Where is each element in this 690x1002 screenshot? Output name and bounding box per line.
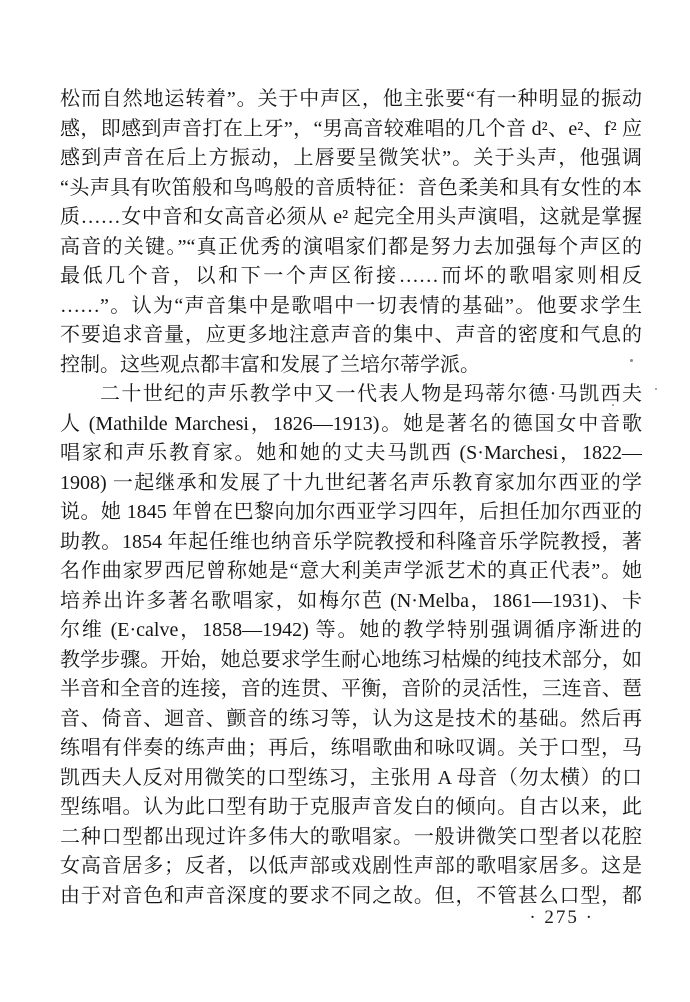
text-line: 松而自然地运转着”。关于中声区，他主张要“有一种明显的振动 xyxy=(60,85,642,115)
text-line: ……”。认为“声音集中是歌唱中一切表情的基础”。他要求学生 xyxy=(60,292,642,322)
text-line: 唱家和声乐教育家。她和她的丈夫马凯西 (S·Marchesi，1822— xyxy=(60,439,642,469)
text-line: 高音的关键。”“真正优秀的演唱家们都是努力去加强每个声区的 xyxy=(60,233,642,263)
text-line: 不要追求音量，应更多地注意声音的集中、声音的密度和气息的 xyxy=(60,321,642,351)
page-number: · 275 · xyxy=(60,906,642,930)
text-line: 质……女中音和女高音必须从 e² 起完全用头声演唱，这就是掌握 xyxy=(60,203,642,233)
scan-speck xyxy=(655,388,657,390)
body-text: 松而自然地运转着”。关于中声区，他主张要“有一种明显的振动 感，即感到声音打在上… xyxy=(60,85,642,911)
text-line: 助教。1854 年起任维也纳音乐学院教授和科隆音乐学院教授，著 xyxy=(60,528,642,558)
text-line: 尔维 (E·calve，1858—1942) 等。她的教学特别强调循序渐进的 xyxy=(60,616,642,646)
text-line-paragraph-end: 控制。这些观点都丰富和发展了兰培尔蒂学派。 xyxy=(60,351,642,381)
text-line: 型练唱。认为此口型有助于克服声音发白的倾向。自古以来，此 xyxy=(60,793,642,823)
text-line: 二种口型都出现过许多伟大的歌唱家。一般讲微笑口型者以花腔 xyxy=(60,823,642,853)
text-line: 人 (Mathilde Marchesi，1826—1913)。她是著名的德国女… xyxy=(60,410,642,440)
text-line: 感到声音在后上方振动，上唇要呈微笑状”。关于头声，他强调 xyxy=(60,144,642,174)
text-line: 凯西夫人反对用微笑的口型练习，主张用 A 母音（勿太横）的口 xyxy=(60,764,642,794)
text-line: 说。她 1845 年曾在巴黎向加尔西亚学习四年，后担任加尔西亚的 xyxy=(60,498,642,528)
text-line: 音、倚音、迴音、颤音的练习等，认为这是技术的基础。然后再 xyxy=(60,705,642,735)
text-line: 感，即感到声音打在上牙”，“男高音较难唱的几个音 d²、e²、f² 应 xyxy=(60,115,642,145)
text-line: 名作曲家罗西尼曾称她是“意大利美声学派艺术的真正代表”。她 xyxy=(60,557,642,587)
text-line: 最低几个音，以和下一个声区衔接……而坏的歌唱家则相反 xyxy=(60,262,642,292)
book-page: 松而自然地运转着”。关于中声区，他主张要“有一种明显的振动 感，即感到声音打在上… xyxy=(0,0,690,1002)
scan-speck xyxy=(612,404,614,406)
text-line: 培养出许多著名歌唱家，如梅尔芭 (N·Melba，1861—1931)、卡 xyxy=(60,587,642,617)
text-line: 半音和全音的连接，音的连贯、平衡，音阶的灵活性，三连音、琶 xyxy=(60,675,642,705)
text-line: “头声具有吹笛般和鸟鸣般的音质特征：音色柔美和具有女性的本 xyxy=(60,174,642,204)
scan-speck xyxy=(630,359,633,362)
text-line: 女高音居多；反者，以低声部或戏剧性声部的歌唱家居多。这是 xyxy=(60,852,642,882)
text-line: 练唱有伴奏的练声曲；再后，练唱歌曲和咏叹调。关于口型，马 xyxy=(60,734,642,764)
text-line: 1908) 一起继承和发展了十九世纪著名声乐教育家加尔西亚的学 xyxy=(60,469,642,499)
text-line-paragraph-start: 二十世纪的声乐教学中又一代表人物是玛蒂尔德·马凯西夫 xyxy=(60,380,642,410)
text-line: 教学步骤。开始，她总要求学生耐心地练习枯燥的纯技术部分，如 xyxy=(60,646,642,676)
